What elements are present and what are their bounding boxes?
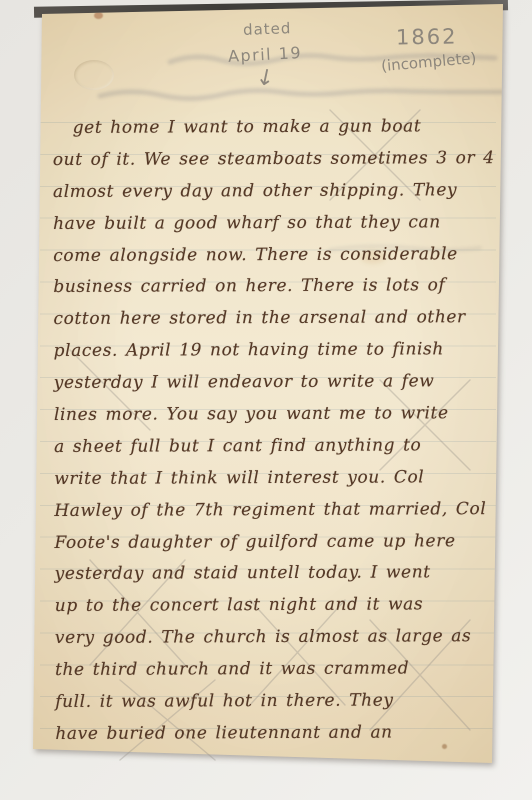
letter-line: get home I want to make a gun boat xyxy=(53,111,497,145)
letter-line: full. it was awful hot in there. They xyxy=(55,685,499,719)
letter-line: a sheet full but I cant find anything to xyxy=(54,430,498,464)
letter-line: almost every day and other shipping. The… xyxy=(53,175,497,209)
letter-line: have built a good wharf so that they can xyxy=(53,207,497,241)
dated-annotation: dated xyxy=(243,19,292,39)
scan-background: dated April 19 ↓ 1862 (incomplete) get h… xyxy=(0,0,532,800)
letter-line: write that I think will interest you. Co… xyxy=(54,462,498,496)
letter-line: out of it. We see steamboats sometimes 3… xyxy=(53,143,497,177)
letter-line: up to the concert last night and it was xyxy=(55,589,499,623)
letter-line: yesterday I will endeavor to write a few xyxy=(54,366,498,400)
letter-line: Hawley of the 7th regiment that married,… xyxy=(54,494,498,528)
letter-line: Foote's daughter of guilford came up her… xyxy=(54,526,498,560)
letter-line: the third church and it was crammed xyxy=(55,653,499,687)
letter-line: yesterday and staid untell today. I went xyxy=(55,557,499,591)
letter-line: business carried on here. There is lots … xyxy=(53,270,497,304)
letter-line: lines more. You say you want me to write xyxy=(54,398,498,432)
letter-line: cotton here stored in the arsenal and ot… xyxy=(53,302,497,336)
embossed-seal xyxy=(74,60,114,90)
letter-line: very good. The church is almost as large… xyxy=(55,621,499,655)
year-annotation: 1862 xyxy=(396,24,458,49)
letter-line: come alongside now. There is considerabl… xyxy=(53,239,497,273)
date-annotation: April 19 xyxy=(228,43,303,66)
letter-body: get home I want to make a gun boat out o… xyxy=(53,111,500,751)
letter-line: have buried one lieutennant and an xyxy=(55,717,499,751)
paper-stain xyxy=(94,12,103,19)
letter-line: places. April 19 not having time to fini… xyxy=(54,334,498,368)
